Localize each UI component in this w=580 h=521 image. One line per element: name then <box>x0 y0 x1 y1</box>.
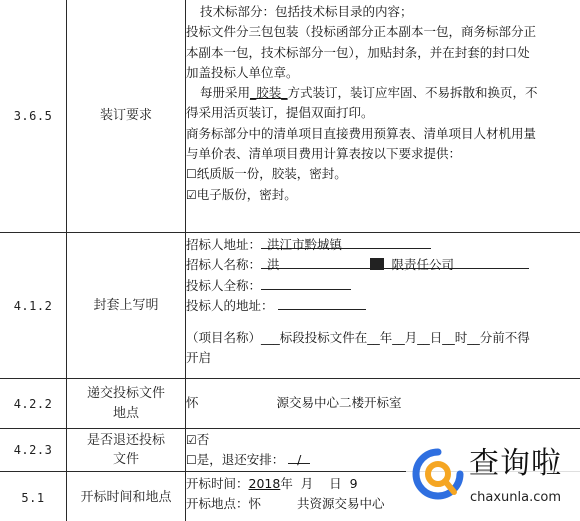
text-line: 投标文件分三包包装（投标函部分正本副本一包，商务标部分正 <box>186 22 580 42</box>
clause-number: 4.2.2 <box>0 379 67 429</box>
text-line: 每册采用_胶装_方式装订，装订应牢固、不易拆散和换页，不 <box>186 83 580 103</box>
text-segment: 每册采用 <box>200 85 250 100</box>
clause-content: 技术标部分：包括技术标目录的内容； 投标文件分三包包装（投标函部分正本副本一包，… <box>186 0 580 233</box>
unchecked-box-icon: ☐ <box>186 453 197 467</box>
field-label: 招标人名称： <box>186 257 261 272</box>
clause-number: 5.1 <box>0 472 67 521</box>
tenderer-address: 招标人地址：洪江市黔城镇 <box>186 235 580 255</box>
place-end: 共资源交易中心 <box>297 496 385 511</box>
clause-item: 是否退还投标文件 <box>67 429 186 472</box>
name-end: 限责任公司 <box>392 257 455 272</box>
binding-method-fill: _胶装_ <box>250 85 288 100</box>
option-label: 否 <box>197 432 210 447</box>
time-rest: 年 月 日 9 <box>280 476 357 491</box>
item-line: 地点 <box>67 404 185 424</box>
name-start: 洪 <box>261 257 280 272</box>
submission-place: 怀源交易中心二楼开标室 <box>186 393 580 413</box>
chaxunla-watermark: 查询啦 chaxunla.com <box>406 442 580 521</box>
item-line: 文件 <box>67 450 185 469</box>
table-row: 3.6.5 装订要求 技术标部分：包括技术标目录的内容； 投标文件分三包包装（投… <box>0 0 580 233</box>
clause-number: 3.6.5 <box>0 0 67 233</box>
clause-number: 4.1.2 <box>0 233 67 379</box>
option-label: 电子版份，密封。 <box>197 187 297 202</box>
item-line: 递交投标文件 <box>67 384 185 404</box>
text-segment: 方式装订，装订应牢固、不易拆散和换页，不 <box>288 85 538 100</box>
clause-item: 递交投标文件地点 <box>67 379 186 429</box>
watermark-cn: 查询啦 <box>469 444 562 484</box>
blank-line <box>186 316 580 328</box>
field-label: 投标人的地址： <box>186 298 274 313</box>
address-value: 洪江市黔城镇 <box>261 237 342 252</box>
bidder-address: 投标人的地址： <box>186 296 580 316</box>
text-line: 本副本一包，技术标部分一包），加贴封条，并在封套的封口处 <box>186 43 580 63</box>
field-label: 开标时间： <box>186 476 249 491</box>
unchecked-box-icon: ☐ <box>186 167 197 181</box>
checked-box-icon: ☑ <box>186 433 197 447</box>
clause-item: 装订要求 <box>67 0 186 233</box>
clause-content: 怀源交易中心二楼开标室 <box>186 379 580 429</box>
blank-field <box>261 276 351 290</box>
text-line: 商务标部分中的清单项目直接费用预算表、清单项目人材机用量 <box>186 124 580 144</box>
field-label: 招标人地址： <box>186 237 261 252</box>
option-label: 纸质版一份，胶装，密封。 <box>197 166 347 181</box>
table-row: 4.2.2 递交投标文件地点 怀源交易中心二楼开标室 <box>0 379 580 429</box>
place-start: 怀 <box>186 395 199 410</box>
magnifier-logo-icon <box>412 448 464 500</box>
blank-field <box>278 296 366 310</box>
table-row: 4.1.2 封套上写明 招标人地址：洪江市黔城镇 招标人名称：洪限责任公司 投标… <box>0 233 580 379</box>
field-label: 投标人全称： <box>186 278 261 293</box>
place-start: 怀 <box>249 496 262 511</box>
field-label: 开标地点： <box>186 496 249 511</box>
return-arrangement-fill: / <box>288 450 310 464</box>
place-end: 源交易中心二楼开标室 <box>277 395 402 410</box>
text-line: 得采用活页装订，提倡双面打印。 <box>186 103 580 123</box>
year-value: 2018 <box>249 476 281 491</box>
clause-content: 招标人地址：洪江市黔城镇 招标人名称：洪限责任公司 投标人全称： 投标人的地址：… <box>186 233 580 379</box>
option-label: 是，退还安排： <box>197 452 285 467</box>
redaction-block <box>370 258 384 270</box>
text-line: 加盖投标人单位章。 <box>186 63 580 83</box>
text-line: （项目名称）___标段投标文件在__年__月__日__时__分前不得 <box>186 328 580 348</box>
watermark-en: chaxunla.com <box>470 490 561 505</box>
field-value: 洪限责任公司 <box>261 255 529 269</box>
item-line: 是否退还投标 <box>67 431 185 450</box>
clause-item: 封套上写明 <box>67 233 186 379</box>
option-paper: ☐纸质版一份，胶装，密封。 <box>186 164 580 184</box>
clause-item: 开标时间和地点 <box>67 472 186 521</box>
clause-number: 4.2.3 <box>0 429 67 472</box>
checked-box-icon: ☑ <box>186 188 197 202</box>
tenderer-name: 招标人名称：洪限责任公司 <box>186 255 580 275</box>
text-line: 与单价表、清单项目费用计算表按以下要求提供： <box>186 144 580 164</box>
bidder-fullname: 投标人全称： <box>186 276 580 296</box>
text-line: 技术标部分：包括技术标目录的内容； <box>186 2 580 22</box>
field-value: 洪江市黔城镇 <box>261 235 431 249</box>
text-line: 开启 <box>186 348 580 368</box>
option-electronic: ☑电子版份，密封。 <box>186 185 580 205</box>
blank-field <box>186 319 234 328</box>
